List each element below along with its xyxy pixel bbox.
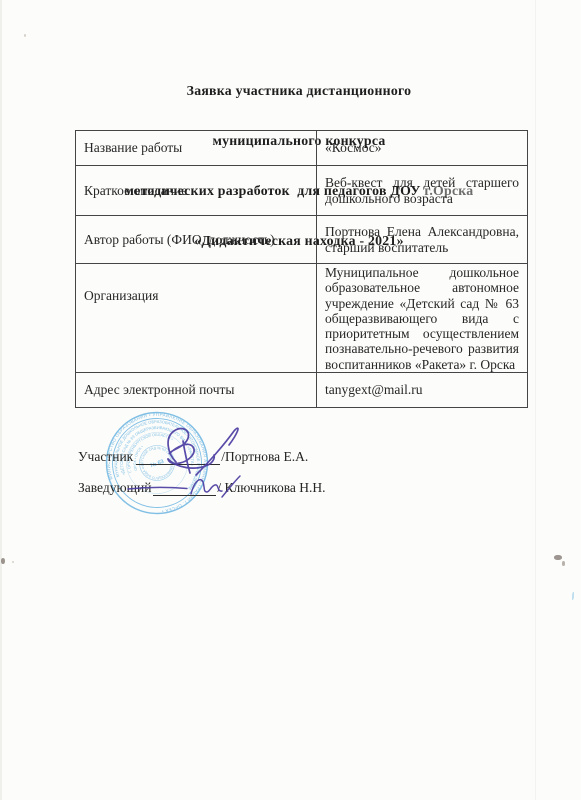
head-role-label: Заведующий xyxy=(78,479,151,496)
value-line: общеразвивающего вида с xyxy=(325,311,519,326)
value-line: Веб-квест для детей старшего xyxy=(325,175,519,191)
row-label-author: Автор работы (ФИО, должность) xyxy=(76,216,317,264)
value-line: Портнова Елена Александровна, xyxy=(325,224,519,240)
scan-speckle xyxy=(554,555,562,560)
row-label-email: Адрес электронной почты xyxy=(76,373,317,408)
scan-speckle xyxy=(12,561,14,563)
scan-speckle xyxy=(562,561,565,566)
value-line: учреждение «Детский сад № 63 xyxy=(325,296,519,311)
row-label-description: Краткое описание xyxy=(76,166,317,216)
participant-role-label: Участник xyxy=(78,448,133,465)
row-value-description: Веб-квест для детей старшегодошкольного … xyxy=(317,166,528,216)
table-row-description: Краткое описание Веб-квест для детей ста… xyxy=(76,166,528,216)
participant-signature-line xyxy=(136,450,220,465)
table-row-organization: Организация Муниципальное дошкольноеобра… xyxy=(76,264,528,373)
value-line: «Космос» xyxy=(325,140,519,156)
table-row-author: Автор работы (ФИО, должность) Портнова Е… xyxy=(76,216,528,264)
row-value-organization: Муниципальное дошкольноеобразовательное … xyxy=(317,264,528,373)
value-line: познавательно-речевого развития xyxy=(325,341,519,356)
value-line: образовательное автономное xyxy=(325,280,519,295)
table-row-title: Название работы «Космос» xyxy=(76,131,528,166)
application-form-table: Название работы «Космос» Краткое описани… xyxy=(75,130,528,408)
row-value-work-title: «Космос» xyxy=(317,131,528,166)
row-label-work-title: Название работы xyxy=(76,131,317,166)
signature-row-head: Заведующий / Ключникова Н.Н. xyxy=(78,479,326,496)
scanned-document-page: Заявка участника дистанционного муниципа… xyxy=(0,0,581,800)
value-line: Муниципальное дошкольное xyxy=(325,265,519,280)
value-line: воспитанников «Ракета» г. Орска xyxy=(325,357,519,372)
scan-edge-shadow xyxy=(0,0,2,800)
scan-fold-line xyxy=(535,0,536,800)
signature-row-participant: Участник /Портнова Е.А. xyxy=(78,448,308,465)
value-line: tanygext@mail.ru xyxy=(325,382,519,398)
row-label-organization: Организация xyxy=(76,264,317,373)
row-value-email: tanygext@mail.ru xyxy=(317,373,528,408)
head-signature-line xyxy=(153,481,216,496)
value-line: старший воспитатель xyxy=(325,240,519,256)
row-value-author: Портнова Елена Александровна,старший вос… xyxy=(317,216,528,264)
title-line-1: Заявка участника дистанционного xyxy=(70,83,528,100)
scan-speckle-blue xyxy=(572,592,574,600)
table-row-email: Адрес электронной почты tanygext@mail.ru xyxy=(76,373,528,408)
value-line: приоритетным осуществлением xyxy=(325,326,519,341)
value-line: дошкольного возраста xyxy=(325,191,519,207)
scan-speckle xyxy=(1,558,5,564)
participant-name: /Портнова Е.А. xyxy=(221,448,308,465)
scan-speckle xyxy=(24,34,26,37)
head-name: / Ключникова Н.Н. xyxy=(217,479,325,496)
